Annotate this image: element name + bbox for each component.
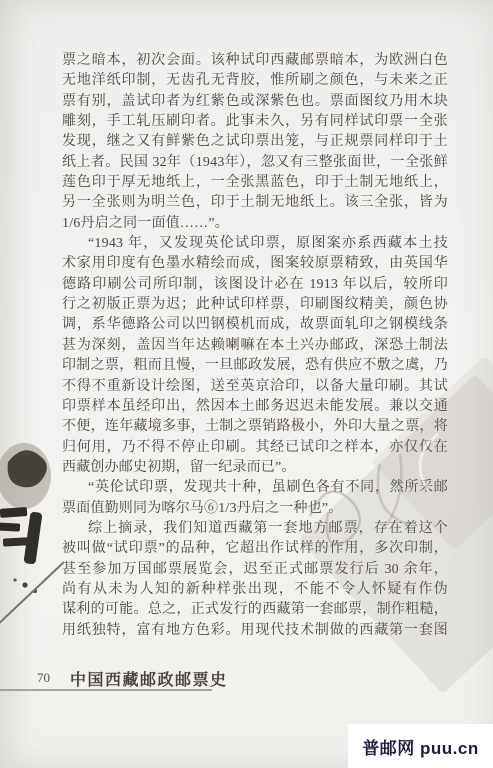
text-line: “1943 年，又发现英伦试印票，原图案亦系西藏本土技 [62,234,448,254]
book-page: 票之暗本，初次会面。该种试印西藏邮票暗本，为欧洲白色 无地洋纸印制，无齿孔无背胶… [0,0,493,768]
scan-artifact-blob [0,420,74,635]
pencil-marks [288,420,493,600]
book-title: 中国西藏邮政邮票史 [70,667,228,690]
text-line: 不得不重新设计绘图，送至英京洽印，以备大量印刷。其试 [62,377,448,397]
text-line: 印票样本虽经印出，然因本土邮务迟迟未能发展。兼以交通 [62,397,448,417]
site-watermark-text: 普邮网 puu.cn [362,734,478,759]
text-line: 印制之票，粗而且慢，一旦邮政发展，恐有供应不敷之虞，乃 [62,356,448,376]
text-line: 票之暗本，初次会面。该种试印西藏邮票暗本，为欧洲白色 [62,51,448,71]
text-line: 票有别，盖试印者为红紫色或深紫色也。票面图纹乃用木块 [62,92,448,112]
text-line: 无地洋纸印制，无齿孔无背胶，惟所刷之颜色，与未来之正 [62,71,448,91]
page-number: 70 [37,670,50,686]
text-line: 1/6丹启之同一面值……”。 [62,214,448,234]
text-line: 德路印刷公司所印制，该图设计必在 1913 年以后，较所印 [62,275,448,295]
text-line: 莲色印于厚无地纸上，一全张黑蓝色，印于土制无地纸上， [62,173,448,193]
text-line: 发现，继之又有鲜紫色之试印票出笼，与正规票同样印于土 [62,132,448,152]
text-line: 调，系华德路公司以凹钢模机而成，故票面轧印之钢模线条 [62,315,448,335]
text-line: 雕刻，手工轧压刷印者。此事未久，另有同样试印票一全张 [62,112,448,132]
site-watermark-box: 普邮网 puu.cn [348,724,493,768]
page-footer: 70 中国西藏邮政邮票史 [0,667,300,689]
text-line: 行之初版正票为迟；此种试印样票，印刷图纹精美，颜色协 [62,295,448,315]
text-line: 纸上者。民国 32年（1943年），忽又有三整张面世，一全张鲜 [62,153,448,173]
text-line: 术家用印度有色墨水精绘而成，图案较原票精致，由英国华 [62,254,448,274]
text-line: 甚为深刻，盖因当年达赖喇嘛在本土兴办邮政，深恐土制法 [62,336,448,356]
text-line: 另一全张则为明兰色，印于土制无地纸上。该三全张，皆为 [62,193,448,213]
footer-rule [0,689,212,691]
